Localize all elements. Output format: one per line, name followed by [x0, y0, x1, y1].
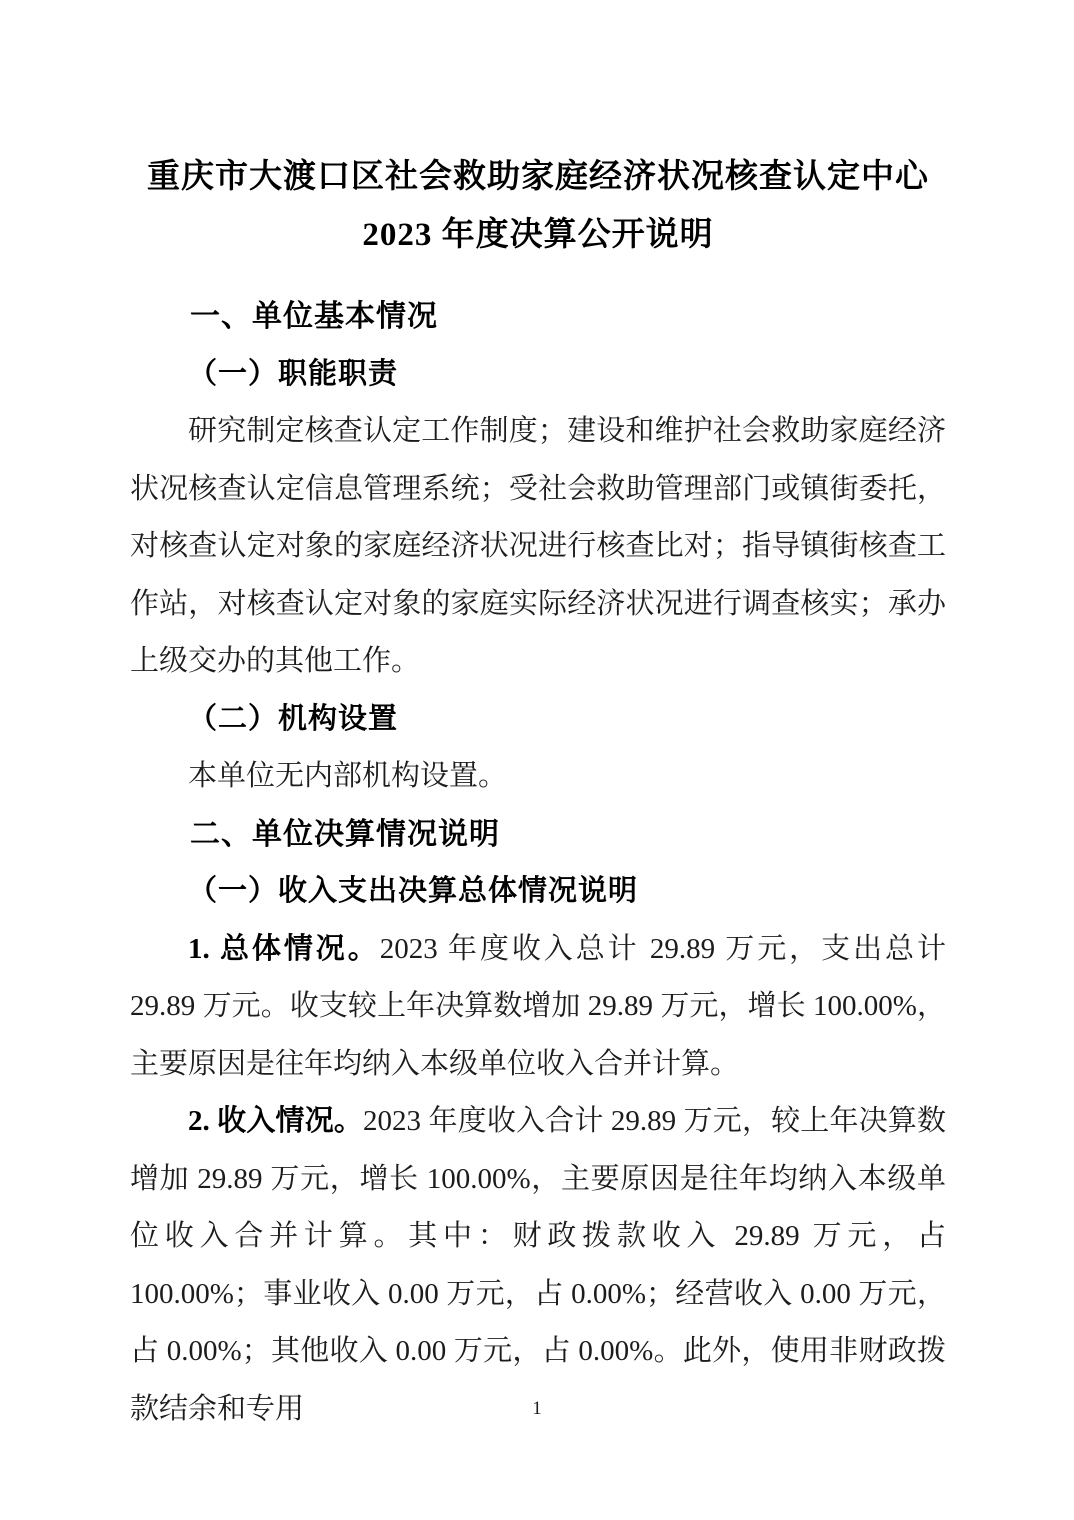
section-heading-budget-statement: 二、单位决算情况说明	[130, 806, 946, 864]
subsection-heading-org-structure: （二）机构设置	[130, 691, 946, 749]
document-title-line-2: 2023 年度决算公开说明	[130, 206, 946, 264]
subsection-heading-duties: （一）职能职责	[130, 346, 946, 404]
paragraph-income-situation: 2. 收入情况。2023 年度收入合计 29.89 万元，较上年决算数增加 29…	[130, 1093, 946, 1438]
section-heading-unit-basic-info: 一、单位基本情况	[130, 288, 946, 346]
document-title-line-1: 重庆市大渡口区社会救助家庭经济状况核查认定中心	[130, 148, 946, 206]
paragraph-org-structure: 本单位无内部机构设置。	[130, 748, 946, 806]
subsection-heading-income-expenditure-overview: （一）收入支出决算总体情况说明	[130, 863, 946, 921]
document-page: 重庆市大渡口区社会救助家庭经济状况核查认定中心 2023 年度决算公开说明 一、…	[0, 0, 1074, 1520]
paragraph-overall-situation-lead: 1. 总体情况。	[188, 933, 380, 965]
paragraph-duties: 研究制定核查认定工作制度；建设和维护社会救助家庭经济状况核查认定信息管理系统；受…	[130, 403, 946, 691]
document-title: 重庆市大渡口区社会救助家庭经济状况核查认定中心 2023 年度决算公开说明	[130, 148, 946, 264]
document-body: 一、单位基本情况 （一）职能职责 研究制定核查认定工作制度；建设和维护社会救助家…	[130, 288, 946, 1438]
paragraph-overall-situation: 1. 总体情况。2023 年度收入总计 29.89 万元，支出总计 29.89 …	[130, 921, 946, 1094]
paragraph-income-situation-text: 2023 年度收入合计 29.89 万元，较上年决算数增加 29.89 万元，增…	[130, 1105, 946, 1425]
page-number: 1	[0, 1398, 1074, 1420]
paragraph-income-situation-lead: 2. 收入情况。	[188, 1105, 363, 1137]
